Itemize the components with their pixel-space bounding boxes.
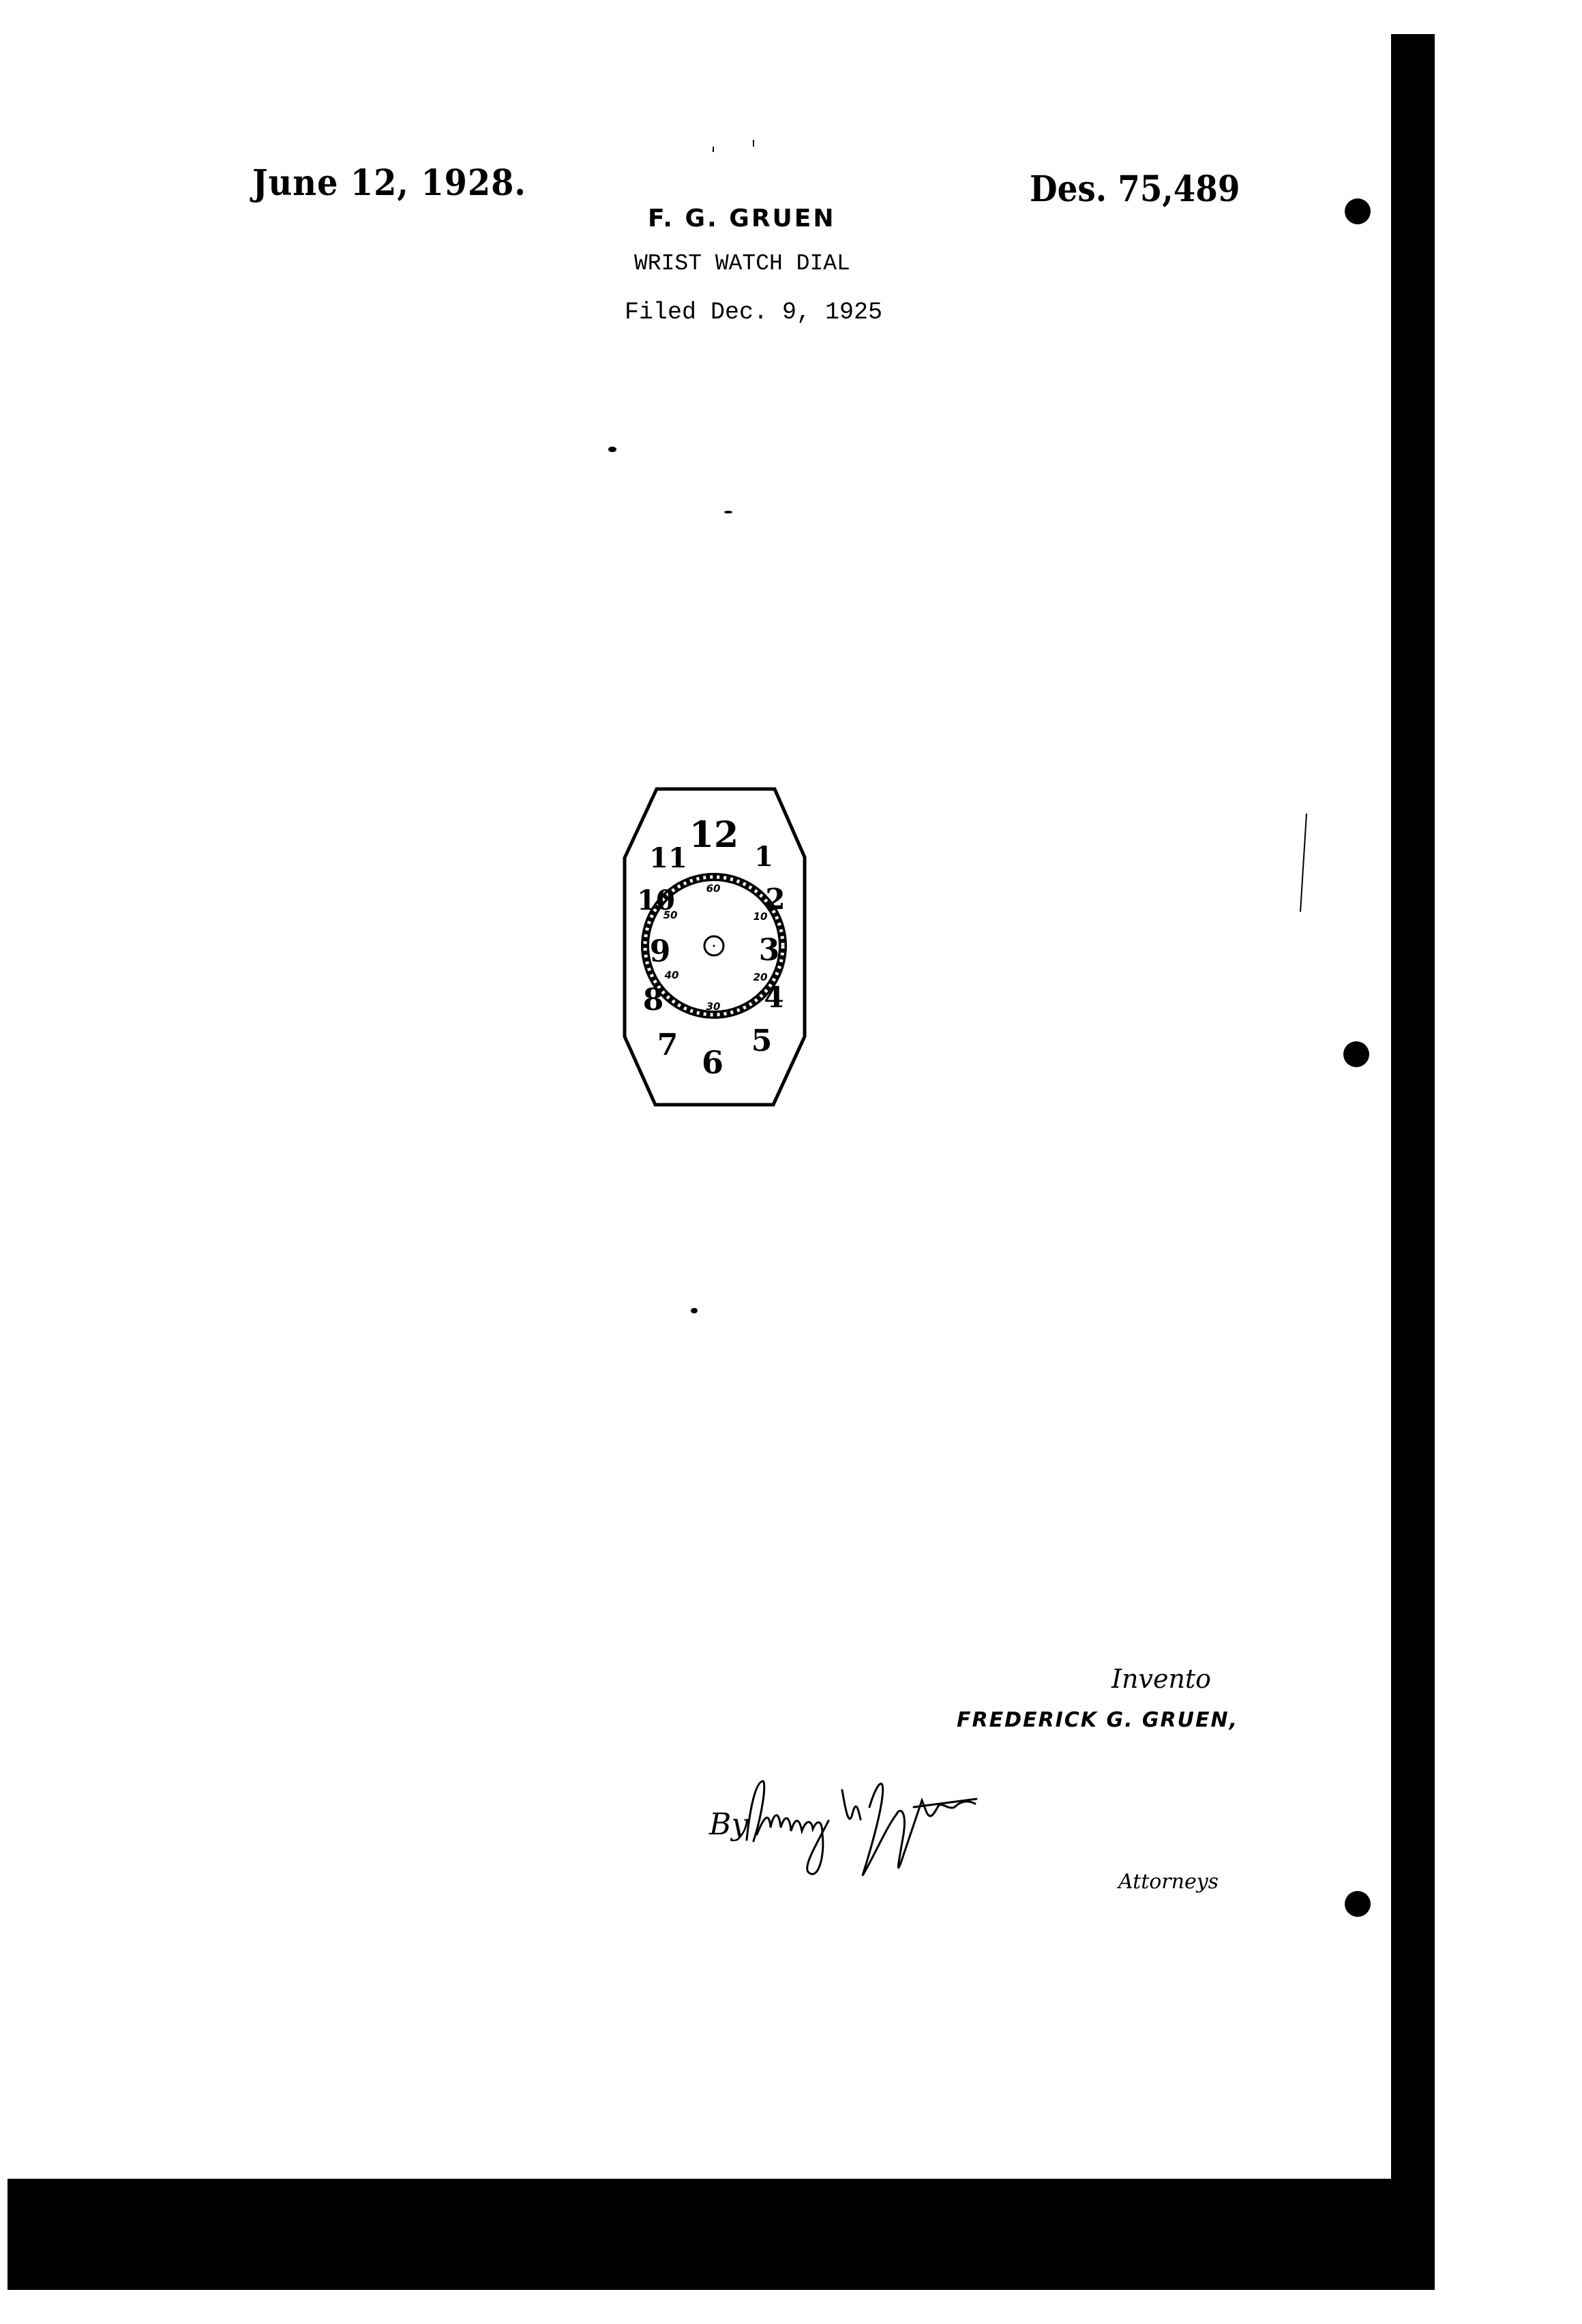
hour-numeral: 2 (765, 882, 785, 916)
hour-numeral: 1 (754, 841, 773, 873)
seconds-label: 40 (664, 969, 679, 981)
by-label: By (709, 1807, 748, 1842)
punch-hole-top (1345, 198, 1371, 224)
hour-numeral: 12 (689, 814, 738, 856)
inventor-name: FREDERICK G. GRUEN, (957, 1708, 1238, 1732)
punch-hole-middle (1343, 1041, 1369, 1067)
attorney-signature (747, 1781, 976, 1875)
scan-border-bottom (8, 2179, 1435, 2290)
attorneys-label: Attorneys (1118, 1870, 1219, 1894)
seconds-label: 30 (706, 1000, 721, 1013)
hour-numeral: 9 (650, 934, 671, 969)
seconds-label: 10 (753, 910, 768, 923)
hour-numeral: 8 (643, 983, 664, 1017)
center-dot (713, 945, 715, 947)
hour-numeral: 7 (657, 1028, 678, 1062)
hour-numeral: 5 (751, 1024, 773, 1058)
seconds-label: 60 (706, 882, 721, 895)
seconds-label: 50 (663, 909, 678, 921)
hour-numeral: 6 (702, 1044, 723, 1081)
hour-numeral: 4 (764, 981, 783, 1014)
hour-numeral: 3 (759, 933, 780, 968)
watch-dial-drawing: 121234567891011 601020304050 (0, 0, 1582, 2324)
inventor-label: Invento (1111, 1664, 1211, 1694)
scan-mark-line (1300, 814, 1307, 912)
hour-numeral: 11 (649, 842, 687, 874)
scan-border-right (1391, 34, 1435, 2290)
punch-hole-bottom (1345, 1891, 1371, 1917)
scan-specks (608, 140, 754, 1313)
seconds-label: 20 (753, 971, 768, 983)
seconds-labels: 601020304050 (663, 882, 768, 1013)
hour-numerals: 121234567891011 (637, 814, 785, 1081)
